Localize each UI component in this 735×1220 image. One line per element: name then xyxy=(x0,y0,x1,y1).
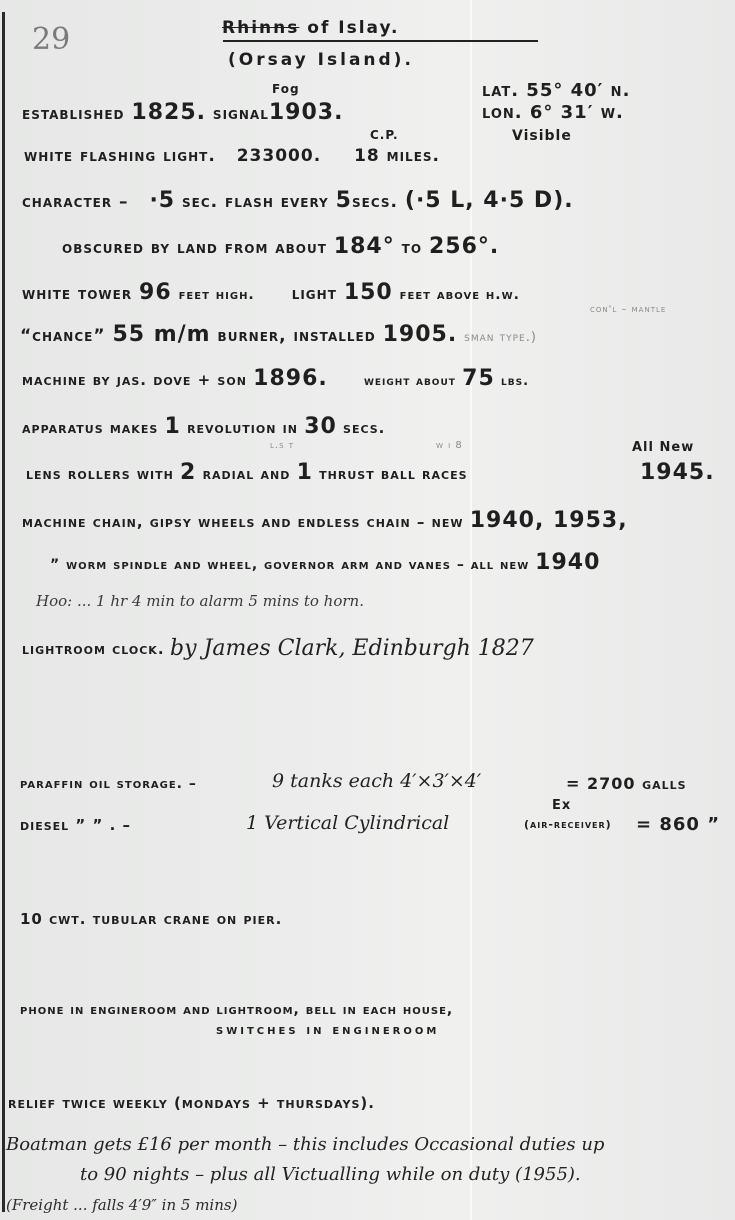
obscured-text: Obscured by land from about xyxy=(62,238,327,258)
paraffin-label: Paraffin Oil Storage. – xyxy=(20,776,197,792)
thrust-count: 1 xyxy=(297,460,313,485)
burner-line: “Chance” 55 m/m Burner, installed 1905. … xyxy=(20,322,537,347)
established-label: Established xyxy=(22,104,124,124)
machine-maker: Machine by Jas. Dove + Son xyxy=(22,371,247,389)
longitude: Lon. 6° 31′ W. xyxy=(482,102,624,123)
left-margin-line xyxy=(2,12,5,1212)
phone-line-2: Switches in Engineroom xyxy=(216,1022,439,1038)
boatman-line-1: Boatman gets £16 per month – this includ… xyxy=(6,1134,604,1155)
diesel-ex-label: Ex xyxy=(552,798,571,813)
obscured-from: 184° xyxy=(334,234,395,259)
visible-label: Visible xyxy=(512,128,572,144)
established-line: Established 1825. Signal1903. xyxy=(22,100,343,125)
diesel-tank: 1 Vertical Cylindrical xyxy=(246,812,449,834)
tower-feet: feet High. xyxy=(179,287,255,303)
lens-annotation-1: L.S T xyxy=(270,440,294,451)
worm-line: ” Worm Spindle and Wheel, Governor Arm a… xyxy=(50,550,600,575)
established-year: 1825. xyxy=(131,100,206,125)
visible-range: 18 Miles. xyxy=(354,146,440,166)
burner-annotation: Con'l – Mantle xyxy=(590,304,666,315)
burner-type-note: Sman Type.) xyxy=(464,330,537,345)
paraffin-tanks: 9 tanks each 4′×3′×4′ xyxy=(272,770,481,792)
handwritten-timing-note: Hoo: ... 1 hr 4 min to alarm 5 mins to h… xyxy=(36,592,364,610)
paper-fold xyxy=(470,0,472,1220)
struck-title-word: Rhinns xyxy=(222,18,299,38)
radial-count: 2 xyxy=(180,460,196,485)
flash-period: 5 xyxy=(336,188,352,213)
flash-detail: (·5 L, 4·5 D). xyxy=(405,188,574,213)
secs-label: secs. xyxy=(352,192,398,212)
burner-text: Burner, installed xyxy=(218,326,376,346)
tower-text: White Tower xyxy=(22,284,132,304)
apparatus-text: Apparatus makes xyxy=(22,419,158,437)
clock-label: Lightroom Clock. xyxy=(22,640,165,658)
fog-signal-year: 1903. xyxy=(269,100,344,125)
seconds-unit: secs. xyxy=(343,419,385,437)
weight-value: 75 xyxy=(462,366,495,391)
cp-label: C.P. xyxy=(370,128,399,142)
lens-text: Lens Rollers with xyxy=(26,465,174,483)
revolution-seconds: 30 xyxy=(304,414,337,439)
diesel-air-receiver: (Air-Receiver) xyxy=(524,818,612,831)
page-title: Rhinns of Islay. xyxy=(222,18,399,38)
lens-new-year: 1945. xyxy=(640,460,715,485)
revolution-count: 1 xyxy=(165,414,181,439)
boatman-line-2: to 90 nights – plus all Victualling whil… xyxy=(80,1164,581,1185)
thrust-text: Thrust Ball Races xyxy=(319,465,467,483)
title-underline xyxy=(223,40,538,42)
diesel-capacity: = 860 ” xyxy=(636,814,720,835)
flash-text: sec. Flash every xyxy=(182,192,329,212)
lens-line: Lens Rollers with 2 Radial and 1 Thrust … xyxy=(26,460,468,485)
fog-signal-label: Signal xyxy=(213,104,269,124)
document-page: 29 Rhinns of Islay. (Orsay Island). Fog … xyxy=(0,0,735,1220)
burner-year: 1905. xyxy=(383,322,458,347)
fog-label: Fog xyxy=(272,82,300,96)
worm-year: 1940 xyxy=(535,550,600,575)
tower-height: 96 xyxy=(139,280,172,305)
page-number: 29 xyxy=(32,22,70,57)
title-rest: of Islay. xyxy=(307,18,399,38)
burner-brand: “Chance” xyxy=(20,326,106,346)
light-height-label: Light xyxy=(292,284,337,304)
obscured-to-word: to xyxy=(402,238,422,258)
clock-maker: by James Clark, Edinburgh 1827 xyxy=(170,636,534,661)
flash-duration: ·5 xyxy=(149,188,175,213)
obscured-to: 256°. xyxy=(429,234,499,259)
clock-maker-name: by James Clark, Edinburgh xyxy=(170,636,471,661)
radial-text: Radial and xyxy=(203,465,291,483)
light-label: White Flashing Light. xyxy=(24,146,216,166)
all-new-label: All New xyxy=(632,440,694,455)
machine-line: Machine by Jas. Dove + Son 1896. Weight … xyxy=(22,366,529,391)
light-height: 150 xyxy=(344,280,393,305)
revolution-text: Revolution in xyxy=(187,419,298,437)
tower-line: White Tower 96 feet High. Light 150 feet… xyxy=(22,280,520,305)
relief-line: Relief Twice Weekly (Mondays + Thursdays… xyxy=(8,1094,375,1112)
burner-size: 55 m/m xyxy=(112,322,210,347)
phone-line-1: Phone in Engineroom and Lightroom, Bell … xyxy=(20,1002,453,1018)
lens-annotation-2: W I 8 xyxy=(436,440,463,451)
latitude: Lat. 55° 40′ N. xyxy=(482,80,630,101)
chain-years: 1940, 1953, xyxy=(470,508,628,533)
light-line: White Flashing Light. 233000. 18 Miles. xyxy=(24,146,440,166)
candle-power: 233000. xyxy=(237,146,321,166)
chain-text: Machine Chain, Gipsy Wheels and Endless … xyxy=(22,513,464,531)
light-above-hw: feet above H.W. xyxy=(400,287,520,303)
character-line: Character – ·5 sec. Flash every 5secs. (… xyxy=(22,188,574,213)
weight-label: Weight about xyxy=(364,374,456,389)
crane-line: 10 cwt. Tubular Crane on Pier. xyxy=(20,910,282,928)
obscured-line: Obscured by land from about 184° to 256°… xyxy=(62,234,499,259)
subtitle: (Orsay Island). xyxy=(228,50,414,70)
weight-unit: lbs. xyxy=(501,374,529,389)
character-label: Character – xyxy=(22,192,129,212)
machine-year: 1896. xyxy=(253,366,328,391)
paraffin-capacity: = 2700 galls xyxy=(566,774,687,793)
clock-year: 1827 xyxy=(478,636,534,661)
diesel-label: Diesel ” ” . – xyxy=(20,816,131,834)
bottom-handwritten-note: (Freight ... falls 4′9″ in 5 mins) xyxy=(6,1196,237,1214)
chain-line: Machine Chain, Gipsy Wheels and Endless … xyxy=(22,508,628,533)
worm-text: ” Worm Spindle and Wheel, Governor Arm a… xyxy=(50,557,529,573)
clock-line: Lightroom Clock. xyxy=(22,640,165,658)
apparatus-line: Apparatus makes 1 Revolution in 30 secs. xyxy=(22,414,385,439)
